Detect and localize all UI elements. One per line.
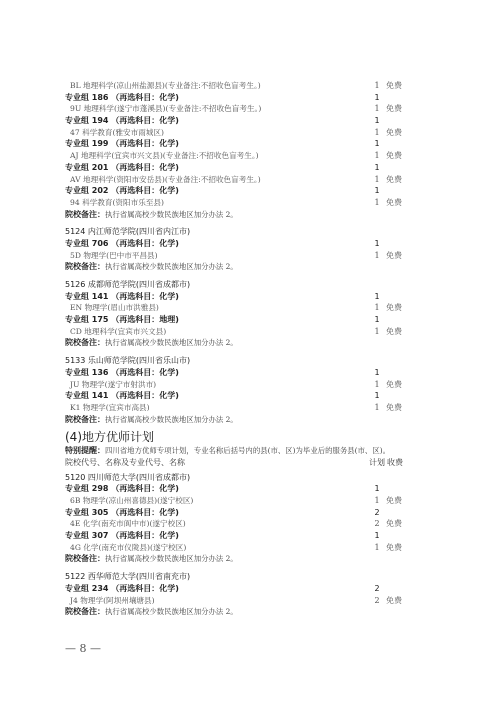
plan-count: 1 xyxy=(372,379,382,391)
group-row: 专业组 234 （再选科目：化学)2 xyxy=(65,583,445,595)
plan-count: 1 xyxy=(372,302,382,314)
major-row: CD 地理科学(宜宾市兴文县)1免费 xyxy=(65,326,445,338)
note-text: 执行省属高校少数民族地区加分办法 2。 xyxy=(105,554,238,563)
school-title: 5133 乐山师范学院(四川省乐山市) xyxy=(65,355,190,367)
plan-count: 1 xyxy=(372,174,382,186)
plan-count: 1 xyxy=(372,127,382,139)
plan-count: 1 xyxy=(372,402,382,414)
major-name: 6B 物理学(凉山州喜德县)(遂宁校区) xyxy=(70,495,193,507)
group-row: 专业组 136 （再选科目：化学)1 xyxy=(65,367,445,379)
plan-count: 1 xyxy=(372,138,382,150)
group-row: 专业组 298 （再选科目：化学)1 xyxy=(65,483,445,495)
major-name: AJ 地理科学(宜宾市兴文县)(专业备注:不招收色盲考生。) xyxy=(70,150,259,162)
school-note: 院校备注：执行省属高校少数民族地区加分办法 2。 xyxy=(65,606,445,618)
fee: 免费 xyxy=(386,495,402,507)
major-row: 94 科学教育(资阳市乐至县)1免费 xyxy=(65,197,445,209)
plan-count: 2 xyxy=(372,595,382,607)
note-label: 院校备注： xyxy=(65,338,105,347)
fee: 免费 xyxy=(386,302,402,314)
major-row: 4E 化学(南充市阆中市)(遂宁校区)2免费 xyxy=(65,518,445,530)
major-name: EN 物理学(眉山市洪雅县) xyxy=(70,302,159,314)
group-row: 专业组 202 （再选科目：化学)1 xyxy=(65,185,445,197)
group-row: 专业组 141 （再选科目：化学)1 xyxy=(65,291,445,303)
school-note: 院校备注：执行省属高校少数民族地区加分办法 2。 xyxy=(65,209,445,221)
header-plan: 计划 xyxy=(365,457,389,469)
school-note: 院校备注：执行省属高校少数民族地区加分办法 2。 xyxy=(65,337,445,349)
fee: 免费 xyxy=(386,518,402,530)
note-label: 院校备注： xyxy=(65,210,105,219)
major-row: J4 物理学(阿坝州壤塘县)2免费 xyxy=(65,595,445,607)
note-text: 执行省属高校少数民族地区加分办法 2。 xyxy=(105,338,238,347)
plan-count: 1 xyxy=(372,162,382,174)
fee: 免费 xyxy=(386,595,402,607)
group-row: 专业组 199 （再选科目：化学)1 xyxy=(65,138,445,150)
group-name: 专业组 175 （再选科目：地理) xyxy=(65,314,179,326)
major-name: CD 地理科学(宜宾市兴文县) xyxy=(70,326,166,338)
plan-count: 1 xyxy=(372,495,382,507)
note-label: 院校备注： xyxy=(65,415,105,424)
school-note: 院校备注：执行省属高校少数民族地区加分办法 2。 xyxy=(65,414,445,426)
major-name: 94 科学教育(资阳市乐至县) xyxy=(70,197,164,209)
major-row: EN 物理学(眉山市洪雅县)1免费 xyxy=(65,302,445,314)
school-title: 5124 内江师范学院(四川省内江市) xyxy=(65,226,190,238)
group-name: 专业组 136 （再选科目：化学) xyxy=(65,367,179,379)
group-name: 专业组 194 （再选科目：化学) xyxy=(65,115,179,127)
plan-count: 1 xyxy=(372,185,382,197)
plan-count: 1 xyxy=(372,367,382,379)
group-name: 专业组 201 （再选科目：化学) xyxy=(65,162,179,174)
plan-count: 1 xyxy=(372,197,382,209)
plan-count: 1 xyxy=(372,314,382,326)
major-row: K1 物理学(宜宾市高县)1免费 xyxy=(65,402,445,414)
note-text: 执行省属高校少数民族地区加分办法 2。 xyxy=(105,210,238,219)
major-row: 6B 物理学(凉山州喜德县)(遂宁校区)1免费 xyxy=(65,495,445,507)
school-title-row: 5120 四川师范大学(四川省成都市) xyxy=(65,472,445,484)
group-name: 专业组 298 （再选科目：化学) xyxy=(65,483,179,495)
school-title-row: 5124 内江师范学院(四川省内江市) xyxy=(65,226,445,238)
school-title-row: 5122 西华师范大学(四川省南充市) xyxy=(65,571,445,583)
tip-label: 特别提醒： xyxy=(65,446,105,455)
fee: 免费 xyxy=(386,127,402,139)
group-row: 专业组 175 （再选科目：地理)1 xyxy=(65,314,445,326)
group-name: 专业组 186 （再选科目：化学) xyxy=(65,92,179,104)
fee: 免费 xyxy=(386,80,402,92)
group-name: 专业组 141 （再选科目：化学) xyxy=(65,291,179,303)
major-row: 47 科学教育(雅安市雨城区)1免费 xyxy=(65,127,445,139)
fee: 免费 xyxy=(386,150,402,162)
plan-count: 1 xyxy=(372,390,382,402)
group-name: 专业组 141 （再选科目：化学) xyxy=(65,390,179,402)
tip-text: 四川省地方优师专项计划，专业名称后括号内的县(市、区)为毕业后的服务县(市、区)… xyxy=(105,446,390,455)
note-text: 执行省属高校少数民族地区加分办法 2。 xyxy=(105,262,238,271)
major-name: 5D 物理学(巴中市平昌县) xyxy=(70,250,158,262)
major-row: 9U 地理科学(遂宁市蓬溪县)(专业备注:不招收色盲考生。)1免费 xyxy=(65,103,445,115)
major-row: 5D 物理学(巴中市平昌县)1免费 xyxy=(65,250,445,262)
group-name: 专业组 234 （再选科目：化学) xyxy=(65,583,179,595)
school-note: 院校备注：执行省属高校少数民族地区加分办法 2。 xyxy=(65,261,445,273)
plan-count: 1 xyxy=(372,250,382,262)
group-row: 专业组 201 （再选科目：化学)1 xyxy=(65,162,445,174)
plan-count: 2 xyxy=(372,507,382,519)
note-label: 院校备注： xyxy=(65,554,105,563)
note-label: 院校备注： xyxy=(65,607,105,616)
major-name: 4G 化学(南充市仪陇县)(遂宁校区) xyxy=(70,542,186,554)
page-number: — 8 — xyxy=(65,642,101,655)
group-name: 专业组 706 （再选科目：化学) xyxy=(65,238,179,250)
plan-count: 1 xyxy=(372,483,382,495)
group-row: 专业组 141 （再选科目：化学)1 xyxy=(65,390,445,402)
table-header: 院校代号、名称及专业代号、名称计划收费 xyxy=(65,457,445,469)
major-name: 47 科学教育(雅安市雨城区) xyxy=(70,127,164,139)
section-title: (4)地方优师计划 xyxy=(65,429,445,445)
major-row: BL 地理科学(凉山州盐源县)(专业备注:不招收色盲考生。)1免费 xyxy=(65,80,445,92)
school-title: 5122 西华师范大学(四川省南充市) xyxy=(65,571,190,583)
plan-count: 1 xyxy=(372,530,382,542)
group-name: 专业组 202 （再选科目：化学) xyxy=(65,185,179,197)
fee: 免费 xyxy=(386,103,402,115)
major-name: BL 地理科学(凉山州盐源县)(专业备注:不招收色盲考生。) xyxy=(70,80,261,92)
fee: 免费 xyxy=(386,250,402,262)
group-name: 专业组 307 （再选科目：化学) xyxy=(65,530,179,542)
major-row: 4G 化学(南充市仪陇县)(遂宁校区)1免费 xyxy=(65,542,445,554)
school-block: 5122 西华师范大学(四川省南充市) 专业组 234 （再选科目：化学)2 J… xyxy=(65,571,445,618)
document-page: BL 地理科学(凉山州盐源县)(专业备注:不招收色盲考生。)1免费 专业组 18… xyxy=(65,80,445,618)
major-row: AJ 地理科学(宜宾市兴文县)(专业备注:不招收色盲考生。)1免费 xyxy=(65,150,445,162)
major-name: 4E 化学(南充市阆中市)(遂宁校区) xyxy=(70,518,186,530)
plan-count: 2 xyxy=(372,518,382,530)
group-name: 专业组 305 （再选科目：化学) xyxy=(65,507,179,519)
note-text: 执行省属高校少数民族地区加分办法 2。 xyxy=(105,415,238,424)
major-name: K1 物理学(宜宾市高县) xyxy=(70,402,150,414)
fee: 免费 xyxy=(386,542,402,554)
major-name: J4 物理学(阿坝州壤塘县) xyxy=(70,595,155,607)
header-name: 院校代号、名称及专业代号、名称 xyxy=(65,457,185,469)
school-block: 5133 乐山师范学院(四川省乐山市) 专业组 136 （再选科目：化学)1 J… xyxy=(65,355,445,425)
major-row: JU 物理学(遂宁市射洪市)1免费 xyxy=(65,379,445,391)
plan-count: 1 xyxy=(372,238,382,250)
plan-count: 1 xyxy=(372,103,382,115)
school-title: 5126 成都师范学院(四川省成都市) xyxy=(65,279,190,291)
group-name: 专业组 199 （再选科目：化学) xyxy=(65,138,179,150)
note-label: 院校备注： xyxy=(65,262,105,271)
plan-count: 1 xyxy=(372,115,382,127)
school-block-continued: BL 地理科学(凉山州盐源县)(专业备注:不招收色盲考生。)1免费 专业组 18… xyxy=(65,80,445,220)
school-block: 5126 成都师范学院(四川省成都市) 专业组 141 （再选科目：化学)1 E… xyxy=(65,279,445,349)
school-block: 5124 内江师范学院(四川省内江市) 专业组 706 （再选科目：化学)1 5… xyxy=(65,226,445,273)
special-tip: 特别提醒：四川省地方优师专项计划，专业名称后括号内的县(市、区)为毕业后的服务县… xyxy=(65,445,445,457)
school-title-row: 5126 成都师范学院(四川省成都市) xyxy=(65,279,445,291)
group-row: 专业组 305 （再选科目：化学)2 xyxy=(65,507,445,519)
major-row: AV 地理科学(资阳市安岳县)(专业备注:不招收色盲考生。)1免费 xyxy=(65,174,445,186)
group-row: 专业组 194 （再选科目：化学)1 xyxy=(65,115,445,127)
plan-count: 1 xyxy=(372,150,382,162)
fee: 免费 xyxy=(386,402,402,414)
group-row: 专业组 706 （再选科目：化学)1 xyxy=(65,238,445,250)
plan-count: 1 xyxy=(372,291,382,303)
fee: 免费 xyxy=(386,197,402,209)
plan-count: 1 xyxy=(372,80,382,92)
major-name: AV 地理科学(资阳市安岳县)(专业备注:不招收色盲考生。) xyxy=(70,174,261,186)
school-title: 5120 四川师范大学(四川省成都市) xyxy=(65,472,190,484)
fee: 免费 xyxy=(386,379,402,391)
group-row: 专业组 186 （再选科目：化学)1 xyxy=(65,92,445,104)
fee: 免费 xyxy=(386,174,402,186)
plan-count: 1 xyxy=(372,542,382,554)
school-block: 5120 四川师范大学(四川省成都市) 专业组 298 （再选科目：化学)1 6… xyxy=(65,472,445,566)
major-name: JU 物理学(遂宁市射洪市) xyxy=(70,379,156,391)
school-note: 院校备注：执行省属高校少数民族地区加分办法 2。 xyxy=(65,553,445,565)
plan-count: 1 xyxy=(372,326,382,338)
group-row: 专业组 307 （再选科目：化学)1 xyxy=(65,530,445,542)
plan-count: 2 xyxy=(372,583,382,595)
plan-count: 1 xyxy=(372,92,382,104)
school-title-row: 5133 乐山师范学院(四川省乐山市) xyxy=(65,355,445,367)
fee: 免费 xyxy=(386,326,402,338)
header-fee: 收费 xyxy=(387,457,403,469)
note-text: 执行省属高校少数民族地区加分办法 2。 xyxy=(105,607,238,616)
major-name: 9U 地理科学(遂宁市蓬溪县)(专业备注:不招收色盲考生。) xyxy=(70,103,261,115)
